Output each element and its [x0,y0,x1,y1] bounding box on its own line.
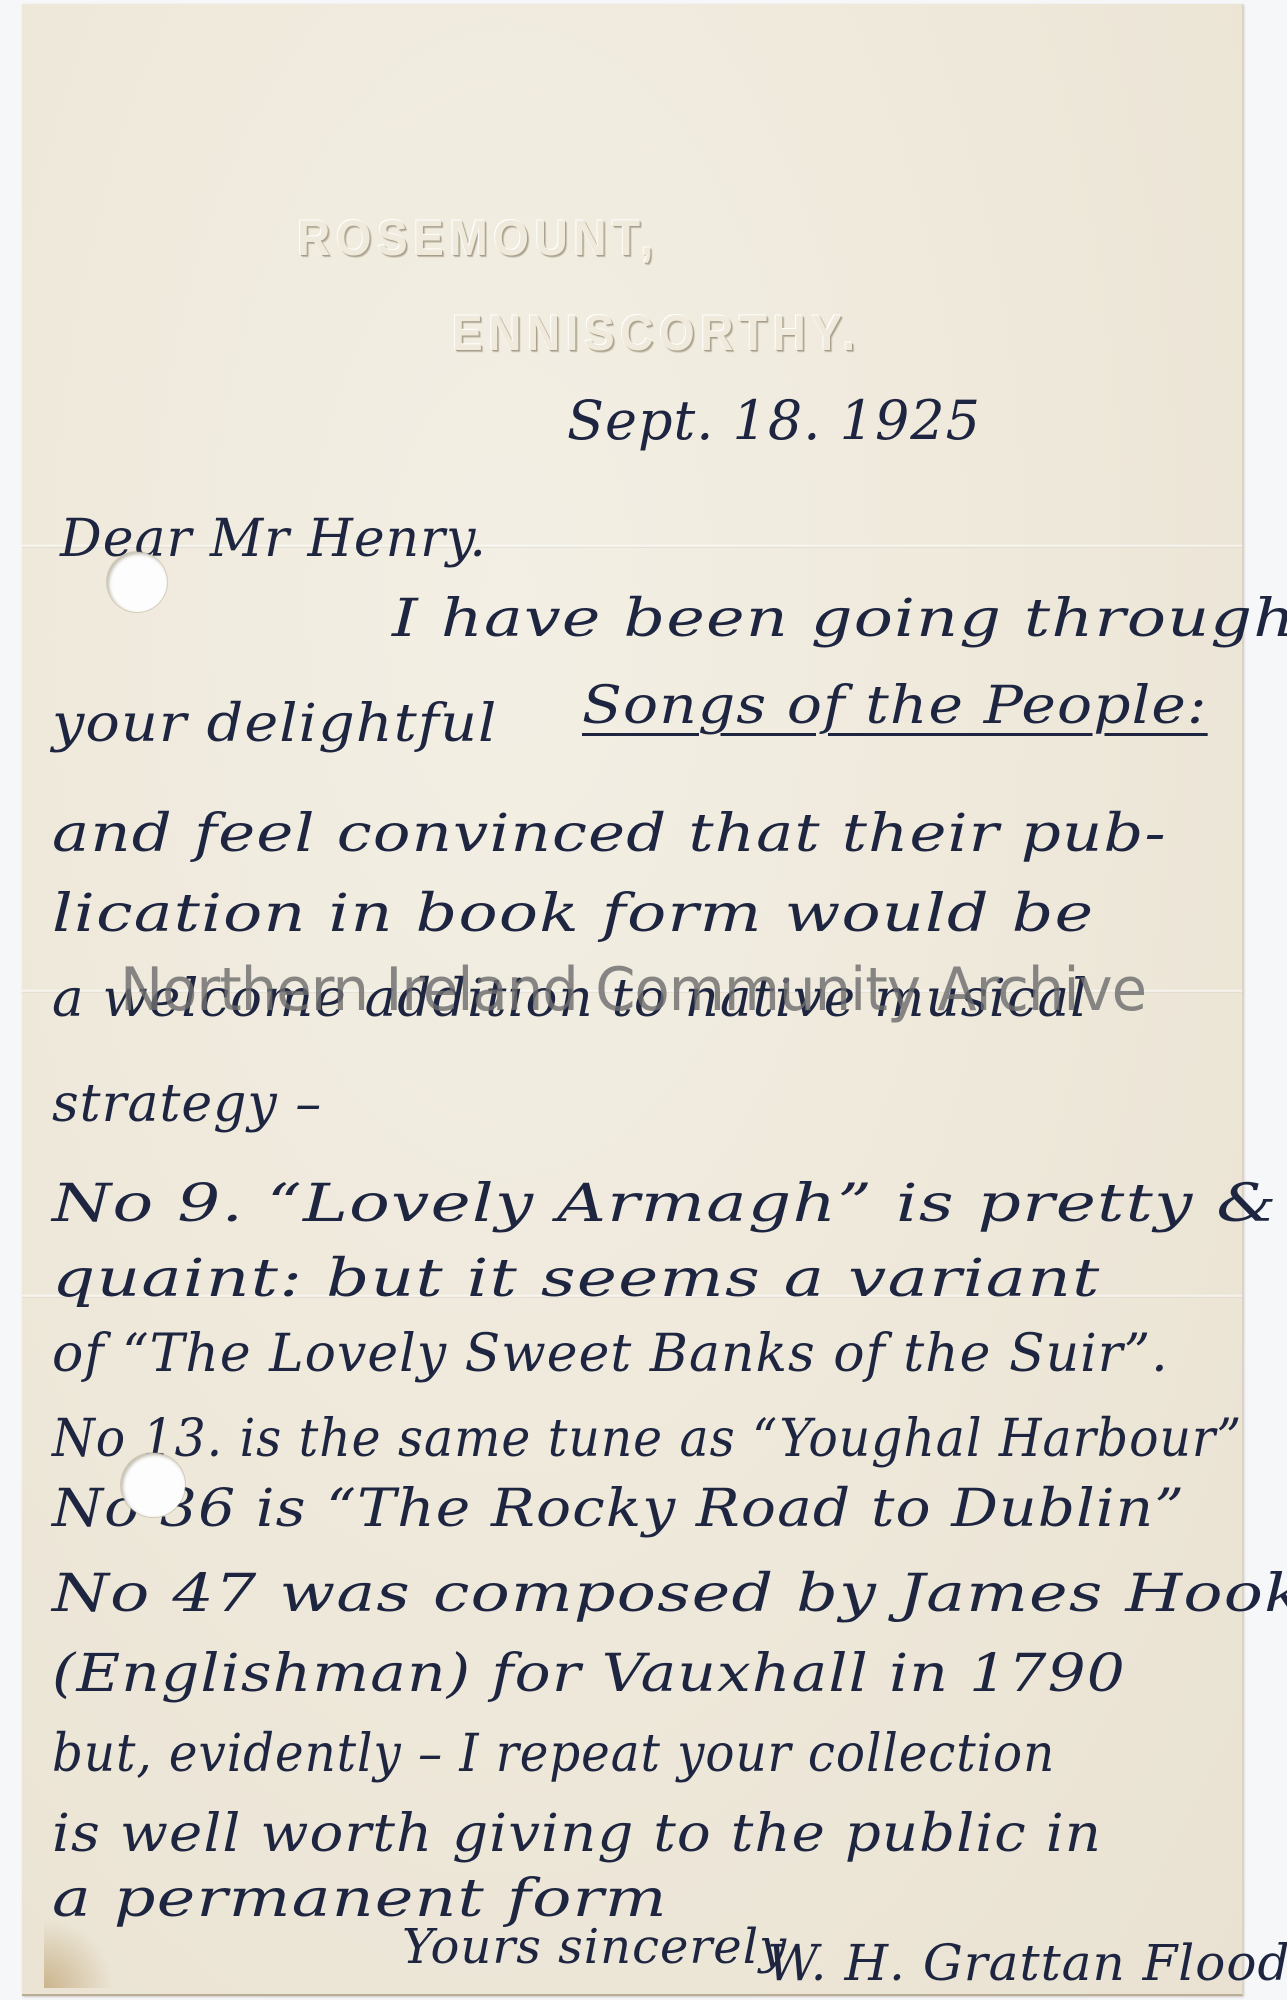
punch-hole [121,1453,185,1517]
letterhead-house-name: ROSEMOUNT, [297,209,659,267]
age-stain [44,1918,114,1988]
body-line: (Englishman) for Vauxhall in 1790 [52,1644,1126,1704]
body-line: strategy – [52,1074,322,1134]
scan-page: ROSEMOUNT, ENNISCORTHY. Sept. 18. 1925 D… [0,0,1287,2000]
body-line: and feel convinced that their pub- [52,804,1167,864]
body-line: of “The Lovely Sweet Banks of the Suir”. [52,1324,1169,1384]
letter-date: Sept. 18. 1925 [567,389,981,452]
body-line: I have been going through [392,589,1287,649]
signature: W. H. Grattan Flood [767,1934,1287,1992]
archive-watermark: Northern Ireland Community Archive [120,955,1146,1025]
body-line: No 9. “Lovely Armagh” is pretty & [52,1174,1278,1234]
body-line: lication in book form would be [52,884,1094,944]
letterhead-town: ENNISCORTHY. [452,304,861,362]
body-line: is well worth giving to the public in [52,1804,1102,1864]
body-line: No 47 was composed by James Hook [52,1564,1287,1624]
body-line: quaint: but it seems a variant [52,1249,1101,1309]
body-line: but, evidently – I repeat your collectio… [52,1724,1055,1784]
body-line: your delightful [52,694,497,754]
underlined-title: Songs of the People: [582,676,1208,736]
body-line: No 13. is the same tune as “Youghal Harb… [52,1409,1242,1469]
body-line: No 36 is “The Rocky Road to Dublin” [52,1479,1185,1539]
closing: Yours sincerely [402,1919,787,1975]
punch-hole [107,552,167,612]
